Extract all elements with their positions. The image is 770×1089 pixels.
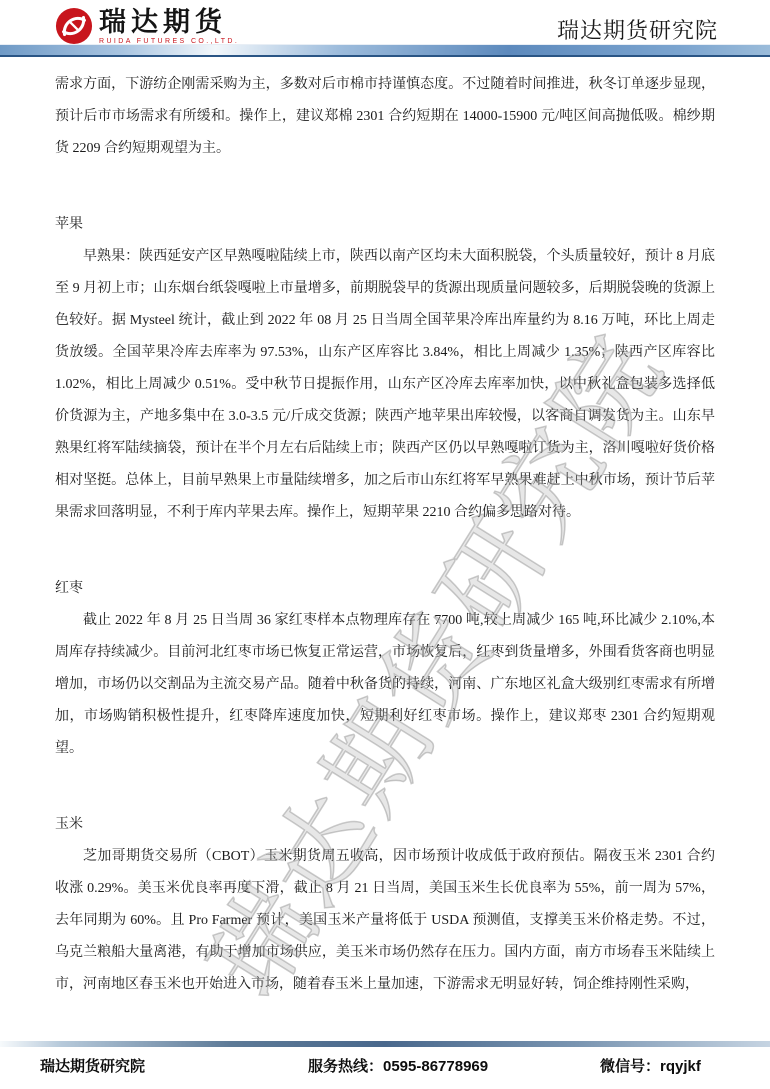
intro-paragraph: 需求方面，下游纺企刚需采购为主，多数对后市棉市持谨慎态度。不过随着时间推进，秋冬… bbox=[55, 69, 715, 165]
brand-name-cn: 瑞达期货 bbox=[99, 7, 239, 37]
page-header: 瑞达期货 RUIDA FUTURES CO.,LTD. 瑞达期货研究院 bbox=[0, 0, 770, 44]
footer-wechat-id: 微信号：rqyjkf bbox=[600, 1055, 701, 1076]
section-paragraph-apple: 早熟果：陕西延安产区早熟嘎啦陆续上市，陕西以南产区均未大面积脱袋，个头质量较好，… bbox=[55, 241, 715, 529]
report-page: 瑞达期货 RUIDA FUTURES CO.,LTD. 瑞达期货研究院 瑞达期货… bbox=[0, 0, 770, 1089]
footer-divider-bar bbox=[0, 1041, 770, 1047]
footer-institute: 瑞达期货研究院 bbox=[40, 1055, 145, 1076]
ruida-swirl-icon bbox=[55, 7, 93, 45]
section-heading-red-dates: 红枣 bbox=[55, 573, 715, 605]
section-heading-apple: 苹果 bbox=[55, 209, 715, 241]
footer-hotline: 服务热线：0595-86778969 bbox=[308, 1055, 488, 1076]
section-paragraph-corn: 芝加哥期货交易所（CBOT）玉米期货周五收高，因市场预计收成低于政府预估。隔夜玉… bbox=[55, 841, 715, 1001]
header-divider-bar bbox=[0, 44, 770, 57]
footer-row: 瑞达期货研究院 服务热线：0595-86778969 微信号：rqyjkf bbox=[0, 1055, 770, 1083]
document-body: 需求方面，下游纺企刚需采购为主，多数对后市棉市持谨慎态度。不过随着时间推进，秋冬… bbox=[0, 59, 770, 1001]
company-logo: 瑞达期货 RUIDA FUTURES CO.,LTD. bbox=[55, 7, 239, 46]
section-paragraph-red-dates: 截止 2022 年 8 月 25 日当周 36 家红枣样本点物理库存在 7700… bbox=[55, 605, 715, 765]
page-footer: 瑞达期货研究院 服务热线：0595-86778969 微信号：rqyjkf bbox=[0, 1041, 770, 1089]
header-title: 瑞达期货研究院 bbox=[557, 14, 718, 45]
brand-text: 瑞达期货 RUIDA FUTURES CO.,LTD. bbox=[99, 7, 239, 46]
section-heading-corn: 玉米 bbox=[55, 809, 715, 841]
